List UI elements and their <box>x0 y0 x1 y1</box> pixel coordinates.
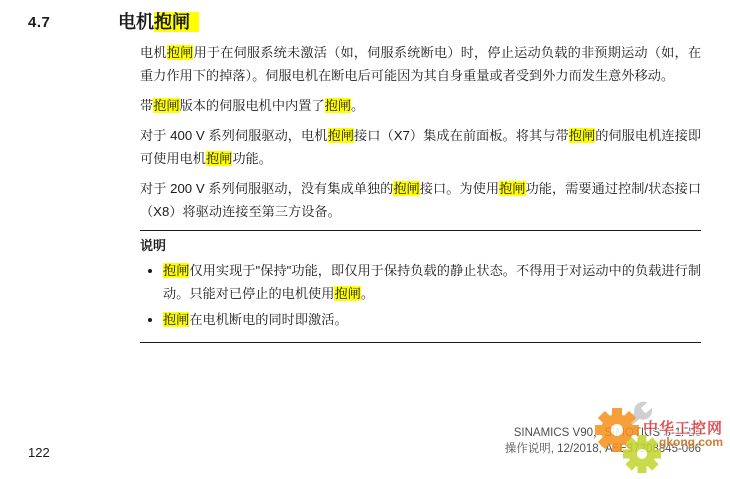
paragraph-1: 电机抱闸用于在伺服系统未激活（如，伺服系统断电）时，停止运动负载的非预期运动（如… <box>140 41 701 87</box>
text-run: 电机 <box>118 12 154 32</box>
note-box: 说明 抱闸仅用实现于"保持"功能，即仅用于保持负载的静止状态。不得用于对运动中的… <box>140 230 701 343</box>
text-run: 在电机断电的同时即激活。 <box>189 312 347 327</box>
text-run: 对于 400 V 系列伺服驱动，电机 <box>140 128 328 143</box>
gkong-watermark: 中华工控网 gkong.com <box>593 388 730 479</box>
note-title: 说明 <box>140 237 701 255</box>
highlighted-term: 抱闸 <box>569 128 595 143</box>
text-run: 接口。为使用 <box>420 181 499 196</box>
page-title: 电机抱闸 <box>118 10 199 34</box>
highlighted-term: 抱闸 <box>163 263 189 278</box>
paragraph-2: 带抱闸版本的伺服电机中内置了抱闸。 <box>140 94 701 117</box>
watermark-site-url: gkong.com <box>659 435 723 449</box>
note-bullet-1: 抱闸仅用实现于"保持"功能，即仅用于保持负载的静止状态。不得用于对运动中的负载进… <box>163 259 701 305</box>
highlighted-term: 抱闸 <box>206 151 232 166</box>
text-run: 带 <box>140 98 153 113</box>
highlighted-term: 抱闸 <box>334 286 360 301</box>
note-bullet-list: 抱闸仅用实现于"保持"功能，即仅用于保持负载的静止状态。不得用于对运动中的负载进… <box>140 259 701 331</box>
text-run: 功能。 <box>232 151 272 166</box>
highlighted-term: 抱闸 <box>167 45 194 60</box>
text-run: 电机 <box>140 45 167 60</box>
highlighted-term: 抱闸 <box>393 181 419 196</box>
note-bullet-2: 抱闸在电机断电的同时即激活。 <box>163 308 701 331</box>
text-run: 用于在伺服系统未激活（如，伺服系统断电）时，停止运动负载的非预期运动（如，在重力… <box>140 45 701 83</box>
paragraph-3: 对于 400 V 系列伺服驱动，电机抱闸接口（X7）集成在前面板。将其与带抱闸的… <box>140 124 701 170</box>
text-run: 。 <box>361 286 374 301</box>
highlighted-term: 抱闸 <box>328 128 354 143</box>
text-run: 。 <box>351 98 364 113</box>
paragraph-4: 对于 200 V 系列伺服驱动，没有集成单独的抱闸接口。为使用抱闸功能，需要通过… <box>140 177 701 223</box>
highlighted-term: 抱闸 <box>154 12 199 32</box>
document-page: 4.7 电机抱闸 电机抱闸用于在伺服系统未激活（如，伺服系统断电）时，停止运动负… <box>0 0 730 479</box>
highlighted-term: 抱闸 <box>325 98 351 113</box>
gear-green-icon <box>623 435 661 473</box>
text-run: 接口（X7）集成在前面板。将其与带 <box>354 128 569 143</box>
section-number: 4.7 <box>28 14 50 31</box>
body-text: 电机抱闸用于在伺服系统未激活（如，伺服系统断电）时，停止运动负载的非预期运动（如… <box>140 41 701 343</box>
text-run: 对于 200 V 系列伺服驱动，没有集成单独的 <box>140 181 393 196</box>
highlighted-term: 抱闸 <box>499 181 525 196</box>
text-run: 仅用实现于"保持"功能，即仅用于保持负载的静止状态。不得用于对运动中的负载进行制… <box>163 263 701 301</box>
text-run: 版本的伺服电机中内置了 <box>180 98 325 113</box>
section-heading: 4.7 电机抱闸 <box>0 10 730 38</box>
highlighted-term: 抱闸 <box>153 98 179 113</box>
page-number: 122 <box>28 445 50 460</box>
highlighted-term: 抱闸 <box>163 312 189 327</box>
